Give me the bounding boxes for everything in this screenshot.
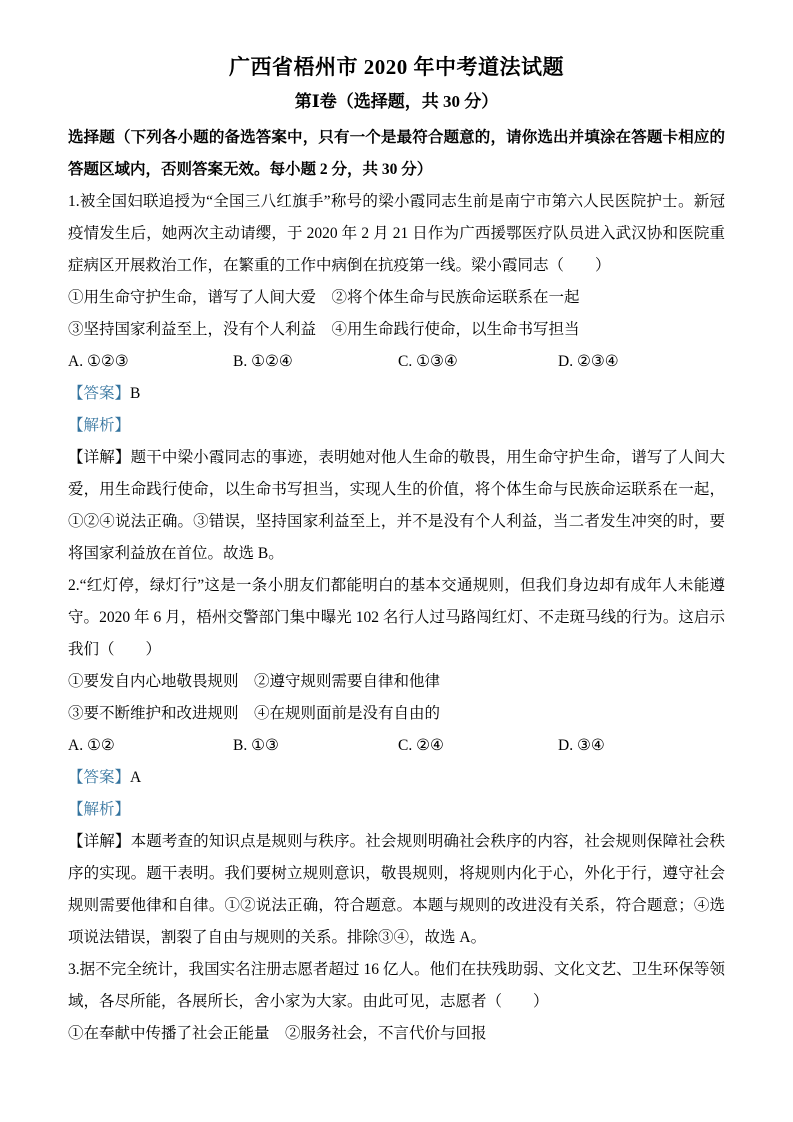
question-2-answer-line: 【答案】A — [68, 762, 725, 794]
question-1-choice-d: D. ②③④ — [558, 346, 725, 378]
question-2-choice-b: B. ①③ — [233, 730, 398, 762]
question-1-choice-b: B. ①②④ — [233, 346, 398, 378]
question-2-choice-d: D. ③④ — [558, 730, 725, 762]
question-1-choice-c: C. ①③④ — [398, 346, 558, 378]
detail-label: 【详解】 — [68, 833, 131, 850]
question-1-choice-a: A. ①②③ — [68, 346, 233, 378]
question-3-stem: 3.据不完全统计，我国实名注册志愿者超过 16 亿人。他们在扶残助弱、文化文艺、… — [68, 954, 725, 1018]
question-1-detail: 【详解】题干中梁小霞同志的事迹，表明她对他人生命的敬畏，用生命守护生命，谱写了人… — [68, 442, 725, 570]
question-1-answer-line: 【答案】B — [68, 378, 725, 410]
question-1-answer-value: B — [130, 385, 140, 402]
question-2-choice-a: A. ①② — [68, 730, 233, 762]
question-2-answer-value: A — [130, 769, 141, 786]
question-1-option-line-2: ③坚持国家利益至上，没有个人利益 ④用生命践行使命，以生命书写担当 — [68, 314, 725, 346]
answer-label: 【答案】 — [68, 385, 130, 402]
question-2-stem: 2.“红灯停，绿灯行”这是一条小朋友们都能明白的基本交通规则，但我们身边却有成年… — [68, 570, 725, 666]
question-2-choice-c: C. ②④ — [398, 730, 558, 762]
question-2-option-line-1: ①要发自内心地敬畏规则 ②遵守规则需要自律和他律 — [68, 666, 725, 698]
exam-instructions: 选择题（下列各小题的备选答案中，只有一个是最符合题意的，请你选出并填涂在答题卡相… — [68, 122, 725, 186]
question-1-choices: A. ①②③ B. ①②④ C. ①③④ D. ②③④ — [68, 346, 725, 378]
question-2: 2.“红灯停，绿灯行”这是一条小朋友们都能明白的基本交通规则，但我们身边却有成年… — [68, 570, 725, 954]
detail-label: 【详解】 — [68, 449, 131, 466]
question-2-choices: A. ①② B. ①③ C. ②④ D. ③④ — [68, 730, 725, 762]
question-3-option-line-1: ①在奉献中传播了社会正能量 ②服务社会，不言代价与回报 — [68, 1018, 725, 1050]
page-title: 广西省梧州市 2020 年中考道法试题 — [68, 52, 725, 82]
question-2-analysis-label: 【解析】 — [68, 794, 725, 826]
question-1: 1.被全国妇联追授为“全国三八红旗手”称号的梁小霞同志生前是南宁市第六人民医院护… — [68, 186, 725, 570]
question-2-detail-text: 本题考查的知识点是规则与秩序。社会规则明确社会秩序的内容，社会规则保障社会秩序的… — [68, 833, 725, 946]
question-1-detail-text: 题干中梁小霞同志的事迹，表明她对他人生命的敬畏，用生命守护生命，谱写了人间大爱，… — [68, 449, 725, 562]
question-1-analysis-label: 【解析】 — [68, 410, 725, 442]
question-1-stem: 1.被全国妇联追授为“全国三八红旗手”称号的梁小霞同志生前是南宁市第六人民医院护… — [68, 186, 725, 282]
exam-document-page: 广西省梧州市 2020 年中考道法试题 第Ⅰ卷（选择题，共 30 分） 选择题（… — [0, 0, 793, 1122]
question-1-option-line-1: ①用生命守护生命，谱写了人间大爱 ②将个体生命与民族命运联系在一起 — [68, 282, 725, 314]
question-3: 3.据不完全统计，我国实名注册志愿者超过 16 亿人。他们在扶残助弱、文化文艺、… — [68, 954, 725, 1050]
answer-label: 【答案】 — [68, 769, 130, 786]
question-2-option-line-2: ③要不断维护和改进规则 ④在规则面前是没有自由的 — [68, 698, 725, 730]
section-title: 第Ⅰ卷（选择题，共 30 分） — [68, 88, 725, 116]
question-2-detail: 【详解】本题考查的知识点是规则与秩序。社会规则明确社会秩序的内容，社会规则保障社… — [68, 826, 725, 954]
